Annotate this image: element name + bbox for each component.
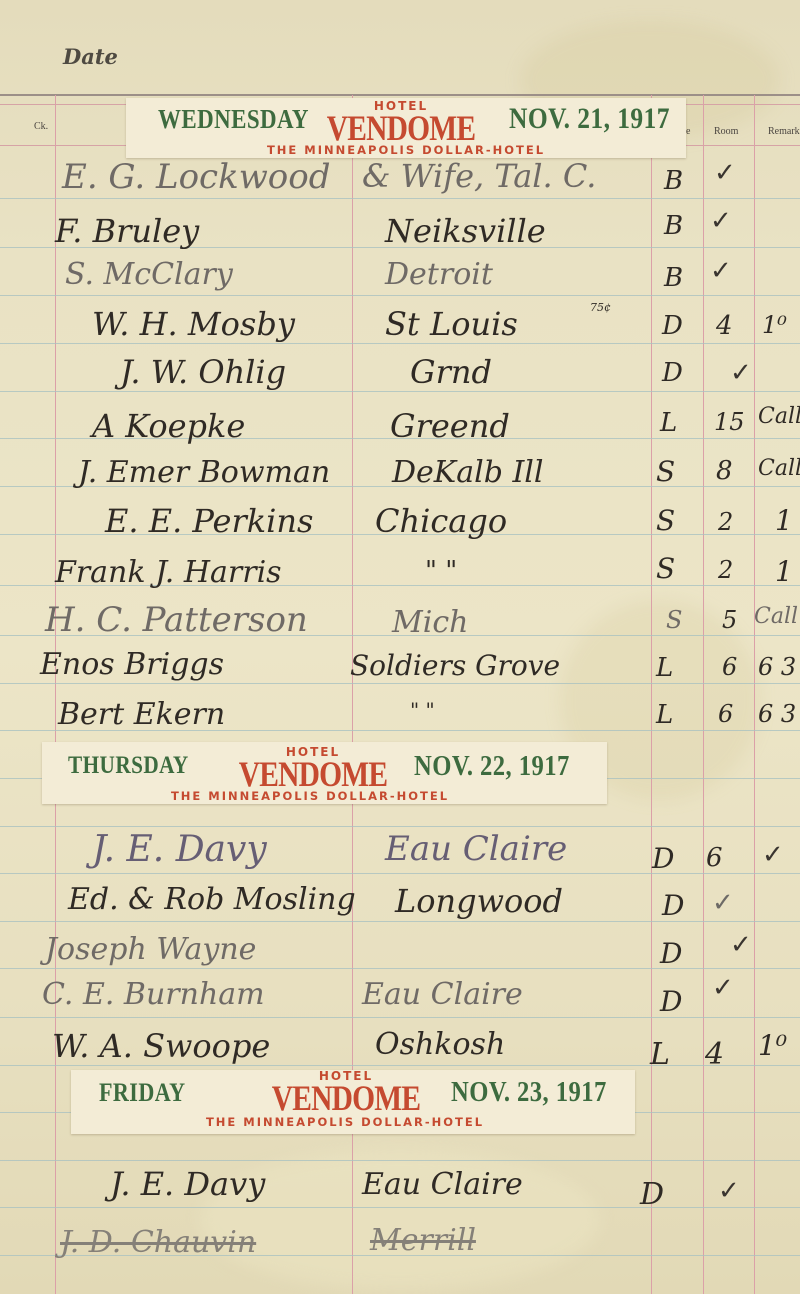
checkmark-icon: ✓ xyxy=(718,1178,740,1204)
guest-residence: Chicago xyxy=(375,505,507,537)
checkmark-icon: ✓ xyxy=(712,890,734,916)
guest-name: F. Bruley xyxy=(55,215,199,247)
guest-residence: " " xyxy=(410,700,435,720)
ledger-line xyxy=(0,1160,800,1161)
banner-tagline: THE MINNEAPOLIS DOLLAR-HOTEL xyxy=(105,1115,585,1129)
meal-code: L xyxy=(660,410,677,436)
guest-name: E. E. Perkins xyxy=(105,505,313,537)
room-number: 2 xyxy=(718,558,733,582)
ledger-line xyxy=(0,873,800,874)
room-number: 8 xyxy=(716,458,733,484)
meal-code: S xyxy=(666,608,682,632)
remark: Call xyxy=(758,406,800,428)
room-number: 15 xyxy=(714,410,745,434)
guest-name: Joseph Wayne xyxy=(45,935,256,965)
guest-name: J. W. Ohlig xyxy=(120,356,286,388)
guest-name: J. E. Davy xyxy=(92,832,267,868)
guest-name: S. McClary xyxy=(65,260,233,290)
hotel-logo-big: VENDOME xyxy=(323,110,479,146)
meal-code: D xyxy=(652,845,674,873)
banner-date: NOV. 23, 1917 xyxy=(451,1076,607,1109)
room-number: 6 xyxy=(706,845,723,871)
meal-code: S xyxy=(656,555,675,583)
guest-residence: " " xyxy=(425,558,457,584)
checkmark-icon: ✓ xyxy=(730,360,752,386)
guest-name: Enos Briggs xyxy=(40,650,224,680)
guest-name: W. A. Swoope xyxy=(52,1030,270,1062)
rate-note: 75¢ xyxy=(590,302,611,313)
guest-residence: Soldiers Grove xyxy=(350,652,560,680)
meal-code: B xyxy=(664,168,683,194)
ledger-line xyxy=(0,1207,800,1208)
meal-code: L xyxy=(656,655,673,681)
ledger-line xyxy=(0,683,800,684)
room-number: 6 xyxy=(722,655,737,679)
guest-residence: Greend xyxy=(390,410,510,442)
meal-code: B xyxy=(664,213,683,239)
banner-day: FRIDAY xyxy=(99,1078,185,1108)
banner-day: WEDNESDAY xyxy=(158,104,309,135)
meal-code: B xyxy=(664,265,683,291)
guest-residence: Eau Claire xyxy=(362,1170,523,1200)
ledger-page: Date Ck. e Room Remarks WEDNESDAY HOTEL … xyxy=(0,0,800,1294)
ledger-line xyxy=(0,198,800,199)
guest-residence: St Louis xyxy=(385,308,518,340)
room-number: 6 xyxy=(718,702,733,726)
remark: 6 3 xyxy=(758,655,796,679)
guest-residence: & Wife, Tal. C. xyxy=(362,160,596,192)
guest-name: J. Emer Bowman xyxy=(78,458,330,488)
ledger-line xyxy=(0,826,800,827)
room-number: 4 xyxy=(716,313,733,339)
ledger-line xyxy=(0,295,800,296)
guest-name: E. G. Lockwood xyxy=(62,160,331,194)
room-number: 4 xyxy=(705,1040,724,1070)
remark: 1 xyxy=(775,507,793,535)
meal-code: L xyxy=(650,1040,670,1070)
banner-tagline: THE MINNEAPOLIS DOLLAR-HOTEL xyxy=(166,143,646,157)
column-header-meal: e xyxy=(686,126,690,137)
hotel-logo-big: VENDOME xyxy=(235,756,391,792)
meal-code: D xyxy=(662,360,683,386)
column-header-ck: Ck. xyxy=(34,121,48,132)
remark: Call xyxy=(758,458,800,480)
meal-code: D xyxy=(662,892,684,920)
guest-residence: DeKalb Ill xyxy=(392,458,543,488)
hotel-logo-big: VENDOME xyxy=(268,1080,424,1116)
checkmark-icon: ✓ xyxy=(710,208,732,234)
guest-name: W. H. Mosby xyxy=(92,308,295,340)
column-rule-remarks xyxy=(754,95,755,1294)
date-label: Date xyxy=(63,44,118,69)
meal-code: S xyxy=(656,458,675,486)
guest-residence: Neiksville xyxy=(385,215,546,247)
checkmark-icon: ✓ xyxy=(730,932,752,958)
banner-date: NOV. 21, 1917 xyxy=(509,102,670,136)
banner-date: NOV. 22, 1917 xyxy=(414,750,570,783)
meal-code: D xyxy=(640,1180,664,1210)
guest-name: Bert Ekern xyxy=(58,700,225,730)
guest-name: C. E. Burnham xyxy=(42,980,265,1010)
guest-name: A Koepke xyxy=(92,410,245,442)
remark: 1 xyxy=(775,558,793,586)
guest-name-struck: J. D. Chauvin xyxy=(60,1228,256,1258)
guest-name: J. E. Davy xyxy=(110,1168,265,1200)
room-number: 5 xyxy=(722,608,737,632)
guest-residence: Detroit xyxy=(385,260,493,290)
checkmark-icon: ✓ xyxy=(710,258,732,284)
guest-name: Ed. & Rob Mosling xyxy=(68,885,356,915)
guest-residence: Longwood xyxy=(395,885,563,917)
remark: Call xyxy=(754,606,798,628)
date-banner-thursday: THURSDAY HOTEL VENDOME NOV. 22, 1917 THE… xyxy=(42,742,607,804)
checkmark-icon: ✓ xyxy=(762,842,784,868)
guest-residence: Grnd xyxy=(410,356,492,388)
column-rule-ck xyxy=(55,95,56,1294)
column-header-remarks: Remarks xyxy=(768,126,800,137)
hotel-logo: HOTEL VENDOME xyxy=(218,746,408,792)
date-banner-friday: FRIDAY HOTEL VENDOME NOV. 23, 1917 THE M… xyxy=(71,1070,635,1134)
guest-name: H. C. Patterson xyxy=(45,603,308,637)
remark: 6 3 xyxy=(758,702,796,726)
guest-residence: Mich xyxy=(392,608,468,638)
meal-code: D xyxy=(660,940,682,968)
ledger-line xyxy=(0,391,800,392)
banner-day: THURSDAY xyxy=(68,752,189,780)
meal-code: D xyxy=(660,988,682,1016)
hotel-logo: HOTEL VENDOME xyxy=(251,1070,441,1116)
banner-tagline: THE MINNEAPOLIS DOLLAR-HOTEL xyxy=(70,789,550,803)
column-rule-room xyxy=(703,95,704,1294)
meal-code: S xyxy=(656,507,675,535)
remark: 1⁰ xyxy=(762,313,787,337)
checkmark-icon: ✓ xyxy=(712,975,734,1001)
ledger-line xyxy=(0,343,800,344)
meal-code: D xyxy=(662,313,683,339)
guest-residence: Oshkosh xyxy=(375,1030,505,1060)
column-header-room: Room xyxy=(714,126,738,137)
checkmark-icon: ✓ xyxy=(714,160,736,186)
top-rule xyxy=(0,94,800,96)
guest-residence-struck: Merrill xyxy=(370,1226,476,1256)
hotel-logo: HOTEL VENDOME xyxy=(306,100,496,146)
remark: 1⁰ xyxy=(758,1032,787,1060)
date-banner-wednesday: WEDNESDAY HOTEL VENDOME NOV. 21, 1917 TH… xyxy=(126,98,686,158)
guest-residence: Eau Claire xyxy=(385,832,567,866)
guest-name: Frank J. Harris xyxy=(55,558,282,588)
column-rule-meal xyxy=(651,95,652,1294)
guest-residence: Eau Claire xyxy=(362,980,523,1010)
ledger-line xyxy=(0,1065,800,1066)
meal-code: L xyxy=(656,702,673,728)
room-number: 2 xyxy=(718,510,733,534)
